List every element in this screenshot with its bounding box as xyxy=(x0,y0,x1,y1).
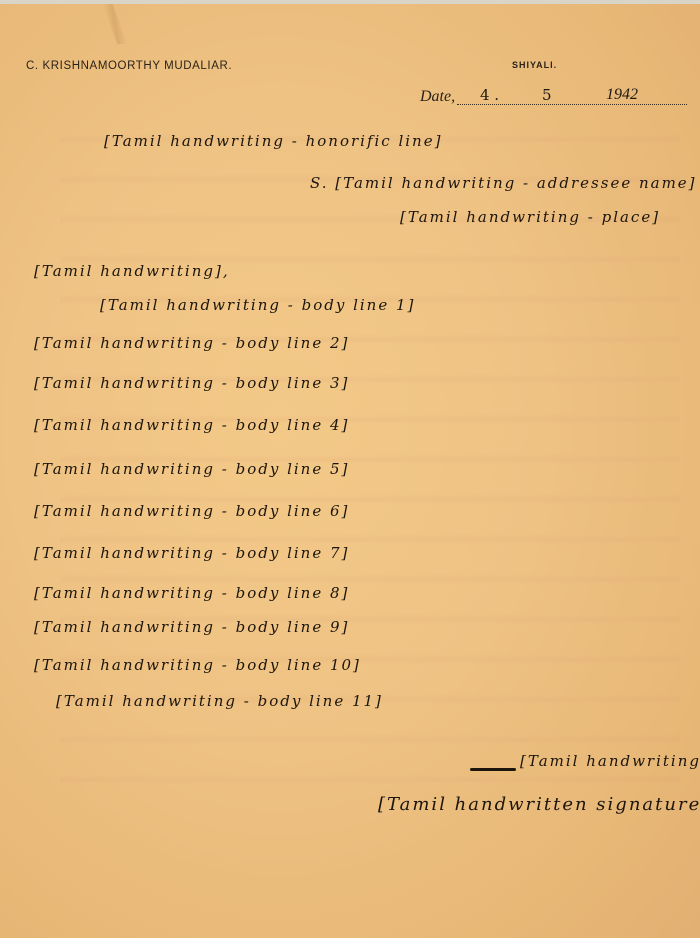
date-dotted-line xyxy=(457,104,687,105)
salutation: [Tamil handwriting], xyxy=(34,262,230,280)
date-row: Date, 4 . 5 1942 xyxy=(420,86,670,108)
addressee-name: S. [Tamil handwriting - addressee name] xyxy=(310,174,697,192)
body-line: [Tamil handwriting - body line 8] xyxy=(34,584,674,602)
letter-sheet: C. KRISHNAMOORTHY MUDALIAR. SHIYALI. Dat… xyxy=(0,4,700,938)
date-label: Date, xyxy=(420,88,455,106)
addressee-place: [Tamil handwriting - place] xyxy=(400,208,660,226)
paper-fold-mark xyxy=(103,4,128,44)
signature: [Tamil handwritten signature] xyxy=(378,794,700,815)
body-line: [Tamil handwriting - body line 7] xyxy=(34,544,674,562)
date-year: 1942 xyxy=(606,86,638,104)
body-line: [Tamil handwriting - body line 10] xyxy=(34,656,674,674)
body-line: [Tamil handwriting - body line 6] xyxy=(34,502,674,520)
body-line: [Tamil handwriting - body line 1] xyxy=(100,296,700,314)
body-line: [Tamil handwriting - body line 3] xyxy=(34,374,674,392)
date-month: 5 xyxy=(542,86,552,104)
body-line: [Tamil handwriting - body line 9] xyxy=(34,618,674,636)
body-line: [Tamil handwriting - body line 11] xyxy=(56,692,696,710)
closing: [Tamil handwriting], xyxy=(520,752,700,770)
addressee-honorific: [Tamil handwriting - honorific line] xyxy=(104,132,442,150)
body-line: [Tamil handwriting - body line 4] xyxy=(34,416,674,434)
letterhead-sender-name: C. KRISHNAMOORTHY MUDALIAR. xyxy=(26,60,232,72)
letterhead-place: SHIYALI. xyxy=(512,60,557,70)
closing-flourish xyxy=(470,768,516,771)
body-line: [Tamil handwriting - body line 2] xyxy=(34,334,674,352)
body-line: [Tamil handwriting - body line 5] xyxy=(34,460,674,478)
date-day: 4 . xyxy=(480,86,499,104)
